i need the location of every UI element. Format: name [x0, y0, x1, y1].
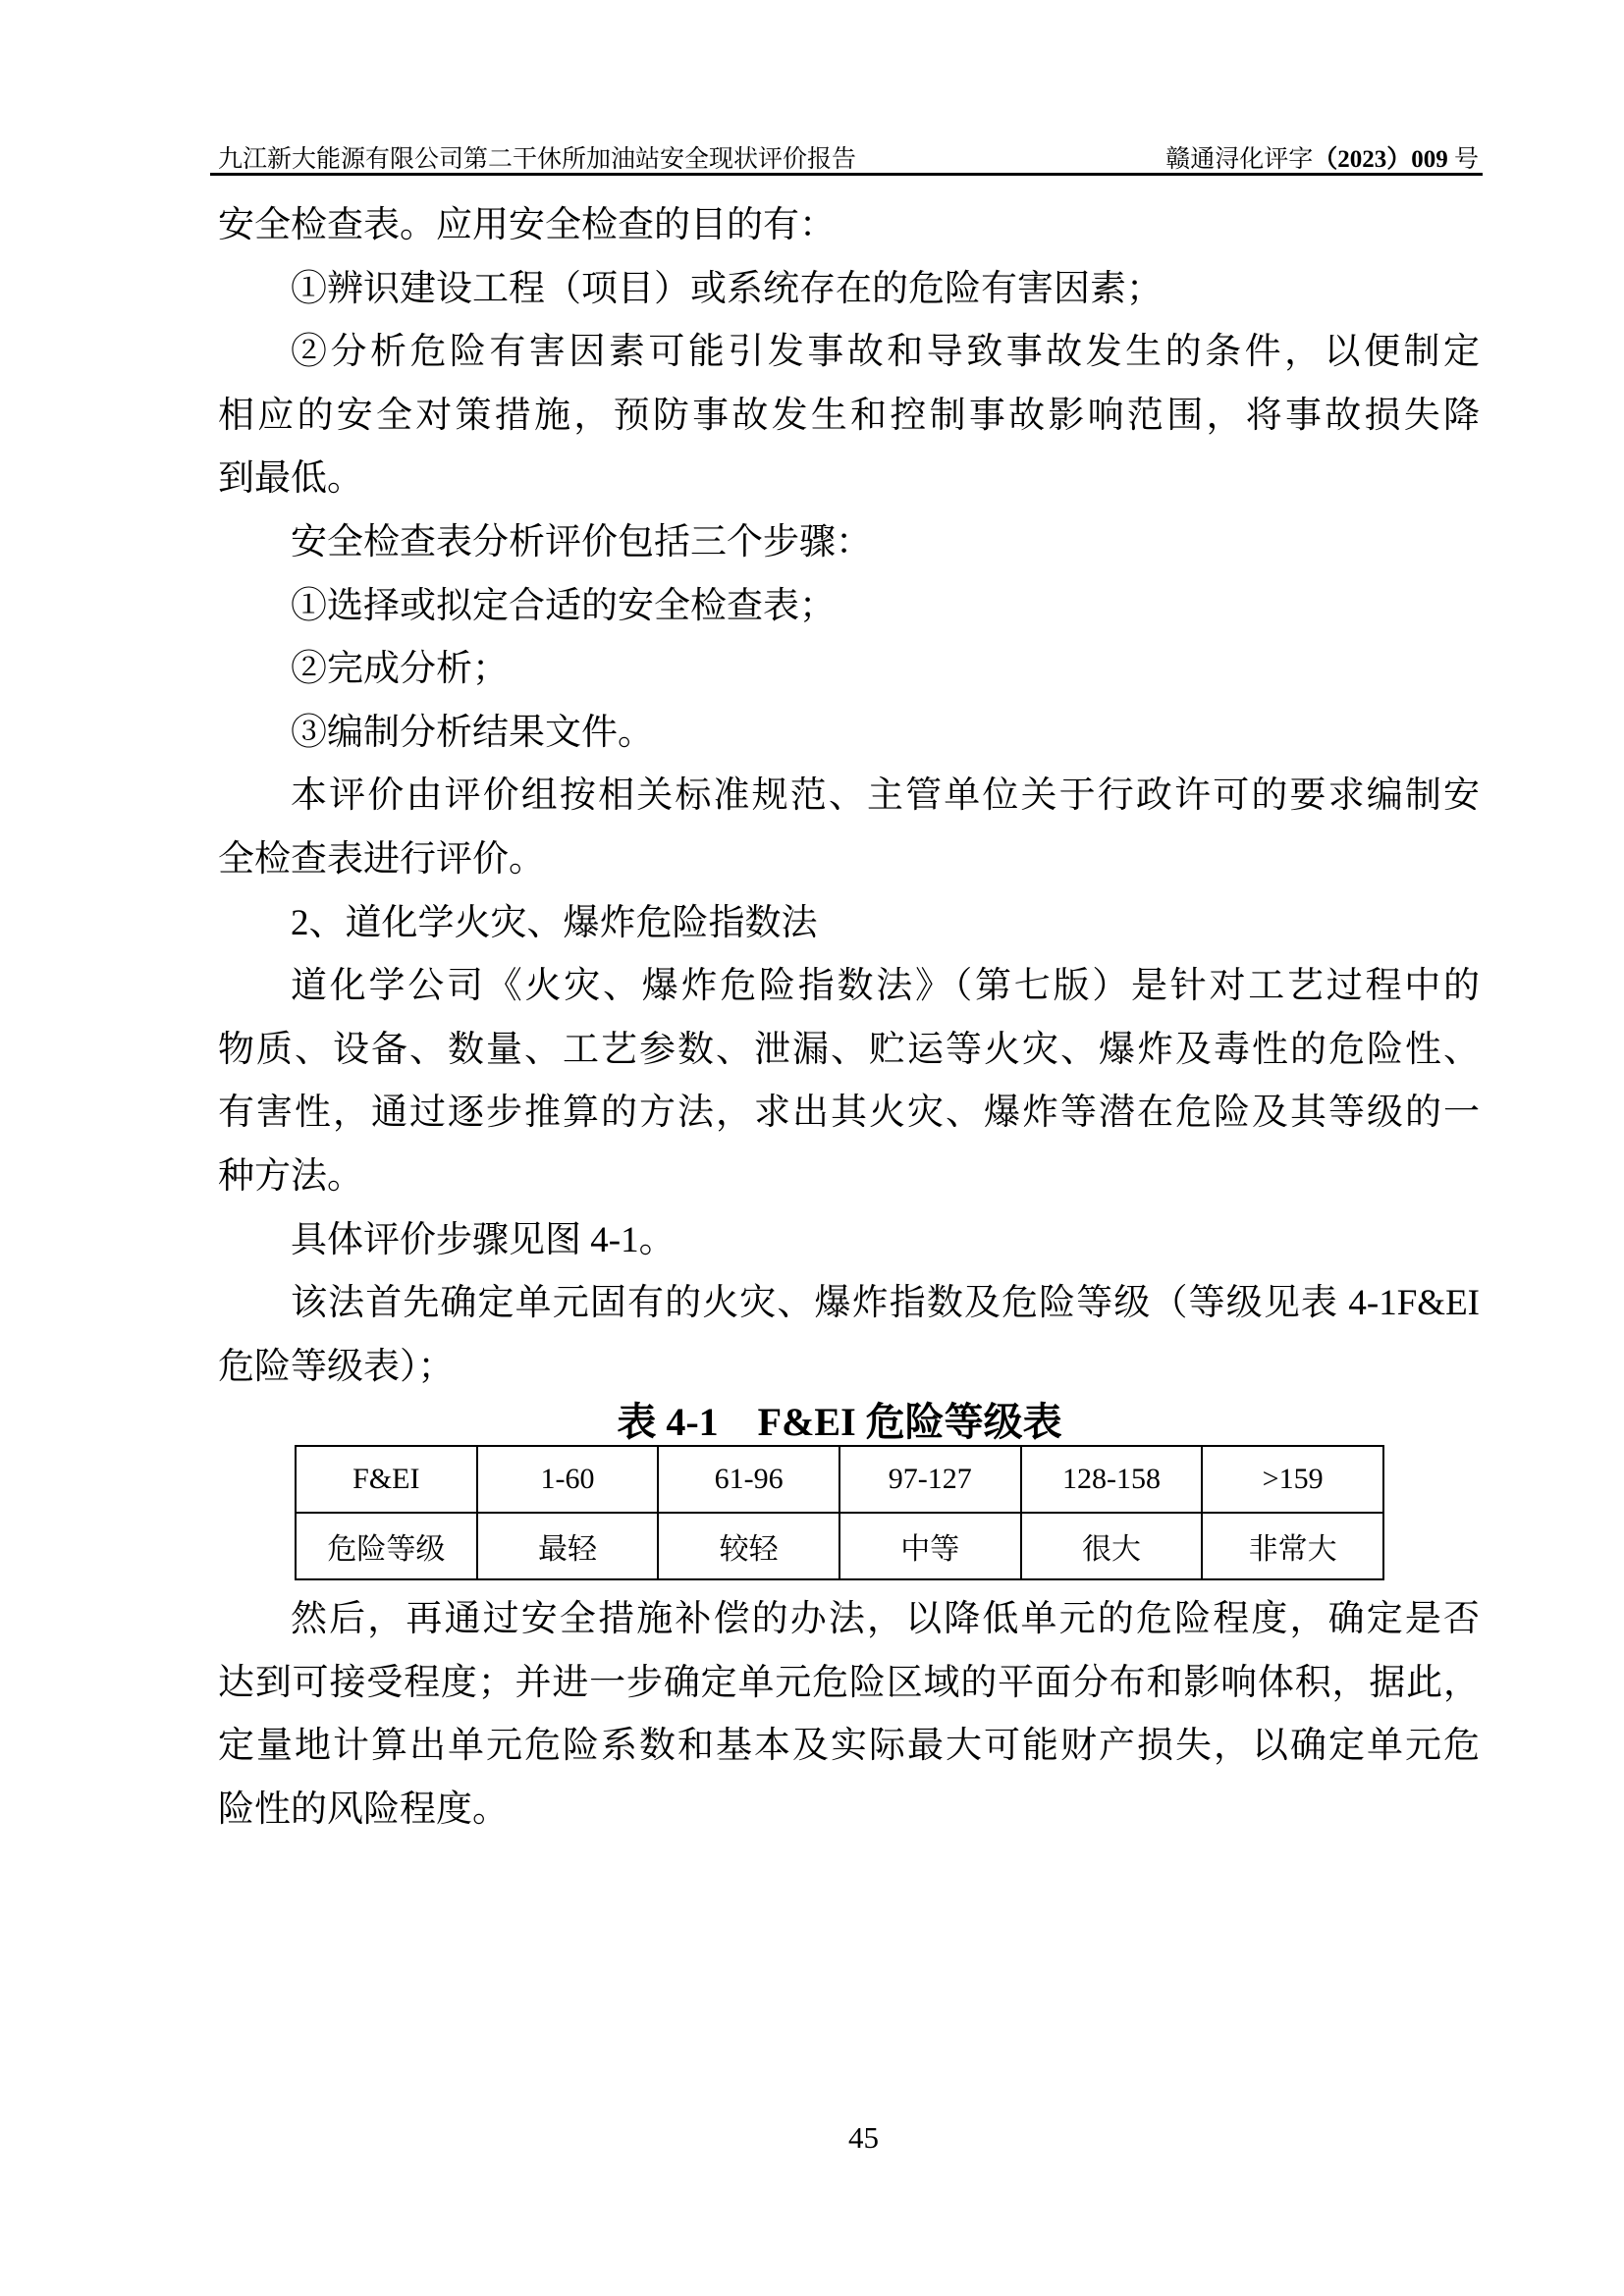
header-doc-number: 赣通浔化评字（2023）009 号: [1165, 139, 1479, 175]
body-line: 安全检查表。应用安全检查的目的有：: [218, 194, 1480, 258]
body-line: 险性的风险程度。: [218, 1779, 1480, 1842]
body-line: 定量地计算出单元危险系数和基本及实际最大可能财产损失，以确定单元危: [218, 1715, 1480, 1779]
body-line: ②分析危险有害因素可能引发事故和导致事故发生的条件，以便制定: [218, 321, 1480, 385]
body-line: 全检查表进行评价。: [218, 828, 1480, 892]
body-line: 物质、设备、数量、工艺参数、泄漏、贮运等火灾、爆炸及毒性的危险性、: [218, 1019, 1480, 1083]
body-line: 2、道化学火灾、爆炸危险指数法: [218, 892, 1480, 956]
table-row: 危险等级最轻较轻中等很大非常大: [296, 1513, 1383, 1579]
body-line: 道化学公司《火灾、爆炸危险指数法》（第七版）是针对工艺过程中的: [218, 955, 1480, 1019]
table-cell: 中等: [839, 1513, 1021, 1579]
header-rule: [210, 173, 1483, 176]
table-cell: 很大: [1021, 1513, 1203, 1579]
page-content: 安全检查表。应用安全检查的目的有：①辨识建设工程（项目）或系统存在的危险有害因素…: [218, 194, 1480, 1842]
page-number: 45: [848, 2120, 879, 2156]
body-line: 有害性，通过逐步推算的方法，求出其火灾、爆炸等潜在危险及其等级的一: [218, 1082, 1480, 1146]
body-line: ①选择或拟定合适的安全检查表；: [218, 575, 1480, 639]
body-paragraphs: 安全检查表。应用安全检查的目的有：①辨识建设工程（项目）或系统存在的危险有害因素…: [218, 194, 1480, 1399]
table-cell: 非常大: [1202, 1513, 1383, 1579]
table-cell: 最轻: [477, 1513, 659, 1579]
table-cell: 61-96: [658, 1446, 839, 1513]
body-line: 具体评价步骤见图 4-1。: [218, 1209, 1480, 1273]
body-line: 本评价由评价组按相关标准规范、主管单位关于行政许可的要求编制安: [218, 765, 1480, 828]
doc-number-value: （2023）009: [1313, 146, 1448, 173]
table-cell: 1-60: [477, 1446, 659, 1513]
table-cell: 97-127: [839, 1446, 1021, 1513]
body-line: 安全检查表分析评价包括三个步骤：: [218, 511, 1480, 575]
table-cell: >159: [1202, 1446, 1383, 1513]
table-cell: F&EI: [296, 1446, 477, 1513]
doc-number-unit: 号: [1448, 146, 1479, 173]
header-report-title: 九江新大能源有限公司第二干休所加油站安全现状评价报告: [218, 139, 856, 175]
table-caption: 表 4-1 F&EI 危险等级表: [295, 1399, 1384, 1445]
body-line: ①辨识建设工程（项目）或系统存在的危险有害因素；: [218, 258, 1480, 322]
body-paragraphs-after: 然后，再通过安全措施补偿的办法，以降低单元的危险程度，确定是否达到可接受程度；并…: [218, 1588, 1480, 1842]
table-cell: 128-158: [1021, 1446, 1203, 1513]
doc-number-prefix: 赣通浔化评字: [1165, 146, 1313, 173]
body-line: 种方法。: [218, 1146, 1480, 1209]
table-row: F&EI1-6061-9697-127128-158>159: [296, 1446, 1383, 1513]
body-line: 然后，再通过安全措施补偿的办法，以降低单元的危险程度，确定是否: [218, 1588, 1480, 1652]
table-cell: 危险等级: [296, 1513, 477, 1579]
body-line: 达到可接受程度；并进一步确定单元危险区域的平面分布和影响体积，据此，: [218, 1652, 1480, 1716]
body-line: 危险等级表）；: [218, 1336, 1480, 1400]
fei-table-body: F&EI1-6061-9697-127128-158>159危险等级最轻较轻中等…: [296, 1446, 1383, 1579]
body-line: ③编制分析结果文件。: [218, 702, 1480, 766]
fei-risk-table: F&EI1-6061-9697-127128-158>159危险等级最轻较轻中等…: [295, 1445, 1384, 1580]
body-line: ②完成分析；: [218, 638, 1480, 702]
document-page: 九江新大能源有限公司第二干休所加油站安全现状评价报告 赣通浔化评字（2023）0…: [0, 0, 1624, 2296]
body-line: 该法首先确定单元固有的火灾、爆炸指数及危险等级（等级见表 4-1F&EI: [218, 1272, 1480, 1336]
body-line: 到最低。: [218, 448, 1480, 511]
table-cell: 较轻: [658, 1513, 839, 1579]
body-line: 相应的安全对策措施，预防事故发生和控制事故影响范围，将事故损失降: [218, 385, 1480, 449]
